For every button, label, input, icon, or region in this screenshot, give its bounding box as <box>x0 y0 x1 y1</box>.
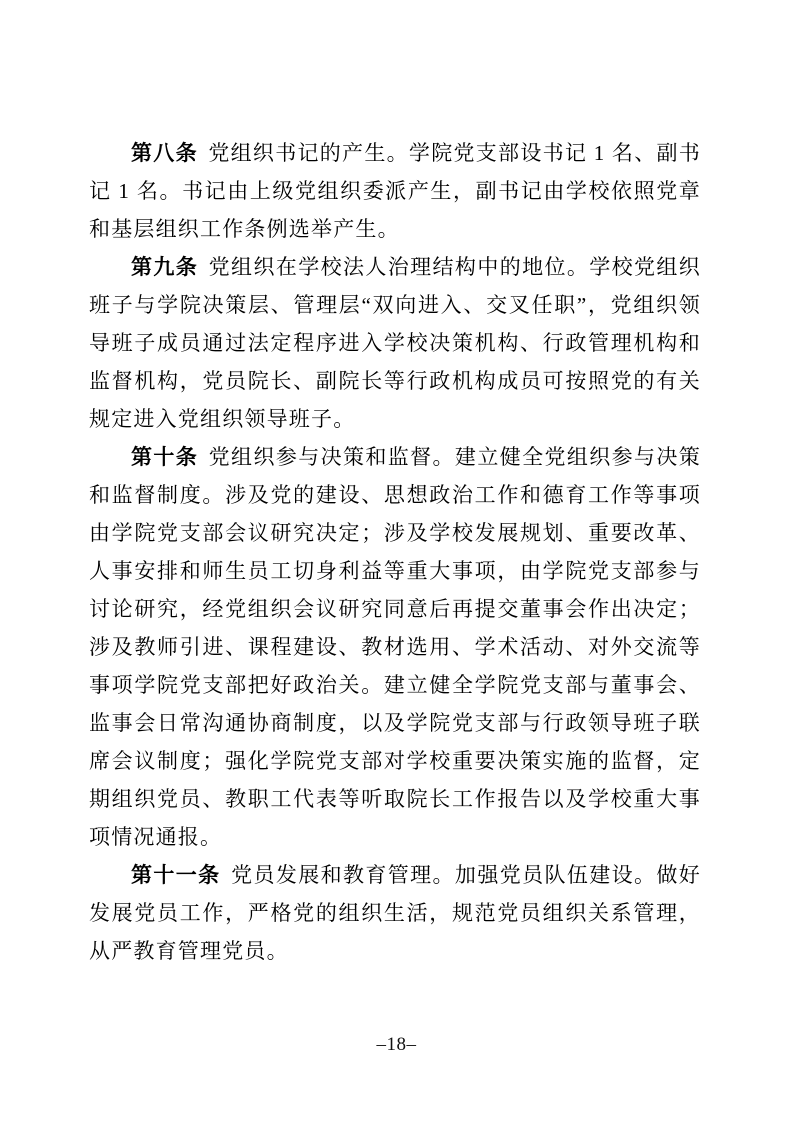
document-body: 第八条党组织书记的产生。学院党支部设书记 1 名、副书记 1 名。书记由上级党组… <box>89 134 701 970</box>
document-page: 第八条党组织书记的产生。学院党支部设书记 1 名、副书记 1 名。书记由上级党组… <box>0 0 793 1122</box>
article-9-heading: 第九条 <box>131 255 198 279</box>
article-9-text: 党组织在学校法人治理结构中的地位。学校党组织班子与学院决策层、管理层“双向进入、… <box>89 255 701 431</box>
paragraph-article-8: 第八条党组织书记的产生。学院党支部设书记 1 名、副书记 1 名。书记由上级党组… <box>89 134 701 248</box>
paragraph-article-10: 第十条党组织参与决策和监督。建立健全党组织参与决策和监督制度。涉及党的建设、思想… <box>89 438 701 856</box>
page-number: –18– <box>0 1032 793 1058</box>
paragraph-article-11: 第十一条党员发展和教育管理。加强党员队伍建设。做好发展党员工作，严格党的组织生活… <box>89 856 701 970</box>
paragraph-article-9: 第九条党组织在学校法人治理结构中的地位。学校党组织班子与学院决策层、管理层“双向… <box>89 248 701 438</box>
article-8-heading: 第八条 <box>131 141 198 165</box>
article-10-heading: 第十条 <box>131 445 198 469</box>
article-10-text: 党组织参与决策和监督。建立健全党组织参与决策和监督制度。涉及党的建设、思想政治工… <box>89 445 701 849</box>
article-11-heading: 第十一条 <box>131 863 221 887</box>
